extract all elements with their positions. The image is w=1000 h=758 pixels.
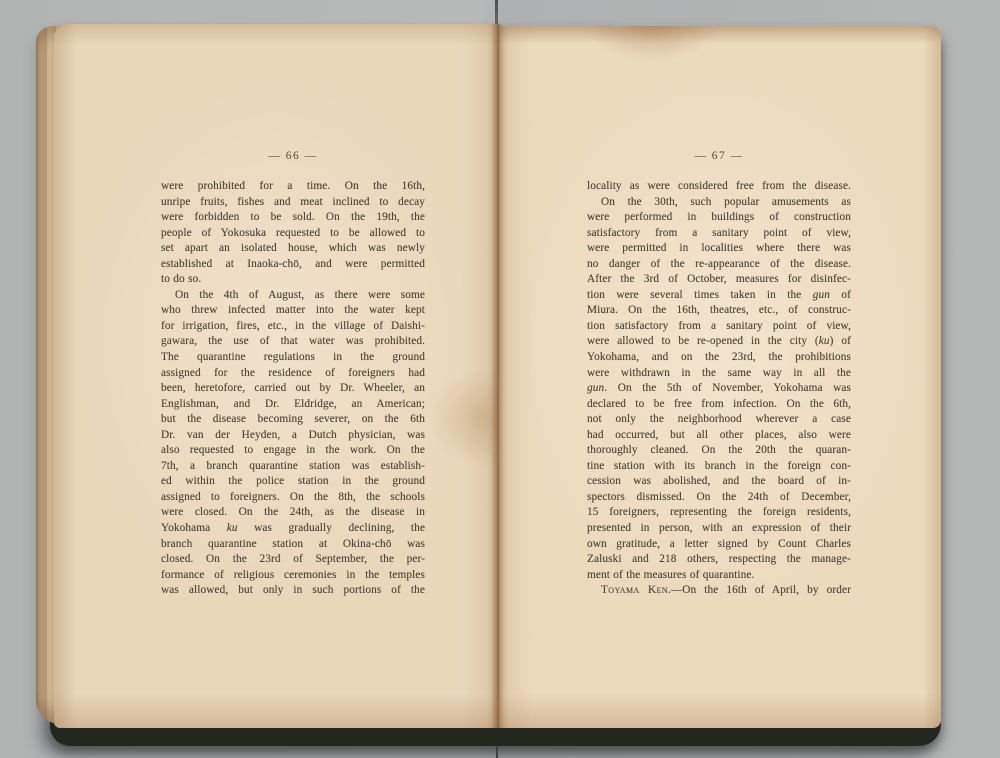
smallcaps-text: Toyama Ken bbox=[601, 584, 668, 596]
text-line: established at Inaoka-chō, and were perm… bbox=[161, 257, 425, 273]
text-line: 15 foreigners, representing the foreign … bbox=[587, 505, 851, 521]
text-line: closed. On the 23rd of September, the pe… bbox=[161, 552, 425, 568]
left-page-text-column: — 66 — were prohibited for a time. On th… bbox=[161, 150, 425, 599]
text-line: Yokohama ku was gradually declining, the bbox=[161, 521, 425, 537]
text-line: spectors dismissed. On the 24th of Decem… bbox=[587, 490, 851, 506]
text-line: Englishman, and Dr. Eldridge, an America… bbox=[161, 397, 425, 413]
text-line: were prohibited for a time. On the 16th, bbox=[161, 179, 425, 195]
text-line: satisfactory from a sanitary point of vi… bbox=[587, 226, 851, 242]
text-line: was allowed, but only in such portions o… bbox=[161, 583, 425, 599]
text-line: to do so. bbox=[161, 272, 425, 288]
text-line: assigned to foreigners. On the 8th, the … bbox=[161, 490, 425, 506]
text-line: thoroughly cleaned. On the 20th the quar… bbox=[587, 443, 851, 459]
text-line: people of Yokosuka requested to be allow… bbox=[161, 226, 425, 242]
page-number-right: — 67 — bbox=[587, 150, 851, 164]
book-gutter bbox=[491, 24, 504, 728]
text-line: been, heretofore, carried out by Dr. Whe… bbox=[161, 381, 425, 397]
text-line: presented in person, with an expression … bbox=[587, 521, 851, 537]
text-line: gun. On the 5th of November, Yokohama wa… bbox=[587, 381, 851, 397]
text-line: ment of the measures of quarantine. bbox=[587, 568, 851, 584]
text-line: tine station with its branch in the fore… bbox=[587, 459, 851, 475]
text-line: no danger of the re-appearance of the di… bbox=[587, 257, 851, 273]
italic-text: ku bbox=[819, 335, 830, 347]
text-line: branch quarantine station at Okina-chō w… bbox=[161, 537, 425, 553]
text-line: 7th, a branch quarantine station was est… bbox=[161, 459, 425, 475]
text-line: Dr. van der Heyden, a Dutch physician, w… bbox=[161, 428, 425, 444]
italic-text: gun bbox=[587, 382, 604, 394]
text-line: not only the neighborhood wherever a cas… bbox=[587, 412, 851, 428]
text-line: Yokohama, and on the 23rd, the prohibiti… bbox=[587, 350, 851, 366]
book-photograph: — 66 — were prohibited for a time. On th… bbox=[0, 0, 1000, 758]
italic-text: gun bbox=[813, 289, 830, 301]
text-line: had occurred, but all other places, also… bbox=[587, 428, 851, 444]
text-line: cession was abolished, and the board of … bbox=[587, 474, 851, 490]
text-line: were allowed to be re-opened in the city… bbox=[587, 334, 851, 350]
left-page: — 66 — were prohibited for a time. On th… bbox=[54, 24, 498, 728]
text-line: also requested to engage in the work. On… bbox=[161, 443, 425, 459]
text-line: were closed. On the 24th, as the disease… bbox=[161, 505, 425, 521]
right-page-text-column: — 67 — locality as were considered free … bbox=[587, 150, 851, 599]
italic-text: ku bbox=[227, 522, 238, 534]
text-line: On the 4th of August, as there were some bbox=[161, 288, 425, 304]
text-line: were performed in buildings of construct… bbox=[587, 210, 851, 226]
text-line: were withdrawn in the same way in all th… bbox=[587, 366, 851, 382]
left-page-body: were prohibited for a time. On the 16th,… bbox=[161, 179, 425, 599]
text-line: On the 30th, such popular amusements as bbox=[587, 195, 851, 211]
text-line: who threw infected matter into the water… bbox=[161, 303, 425, 319]
text-line: ed within the police station in the grou… bbox=[161, 474, 425, 490]
text-line: tion satisfactory from a sanitary point … bbox=[587, 319, 851, 335]
open-book: — 66 — were prohibited for a time. On th… bbox=[36, 24, 941, 746]
text-line: were permitted in localities where there… bbox=[587, 241, 851, 257]
text-line: The quarantine regulations in the ground bbox=[161, 350, 425, 366]
text-line: Toyama Ken.—On the 16th of April, by ord… bbox=[587, 583, 851, 599]
text-line: After the 3rd of October, measures for d… bbox=[587, 272, 851, 288]
text-line: formance of religious ceremonies in the … bbox=[161, 568, 425, 584]
right-page: — 67 — locality as were considered free … bbox=[498, 26, 941, 728]
text-line: set apart an isolated house, which was n… bbox=[161, 241, 425, 257]
page-number-left: — 66 — bbox=[161, 150, 425, 164]
text-line: Miura. On the 16th, theatres, etc., of c… bbox=[587, 303, 851, 319]
text-line: declared to be free from infection. On t… bbox=[587, 397, 851, 413]
text-line: tion were several times taken in the gun… bbox=[587, 288, 851, 304]
text-line: but the disease becoming severer, on the… bbox=[161, 412, 425, 428]
text-line: Zaluski and 218 others, respecting the m… bbox=[587, 552, 851, 568]
text-line: unripe fruits, fishes and meat inclined … bbox=[161, 195, 425, 211]
text-line: assigned for the residence of foreigners… bbox=[161, 366, 425, 382]
text-line: locality as were considered free from th… bbox=[587, 179, 851, 195]
text-line: for irrigation, fires, etc., in the vill… bbox=[161, 319, 425, 335]
text-line: own gratitude, a letter signed by Count … bbox=[587, 537, 851, 553]
text-line: gawara, the use of that water was prohib… bbox=[161, 334, 425, 350]
text-line: were forbidden to be sold. On the 19th, … bbox=[161, 210, 425, 226]
right-page-body: locality as were considered free from th… bbox=[587, 179, 851, 599]
